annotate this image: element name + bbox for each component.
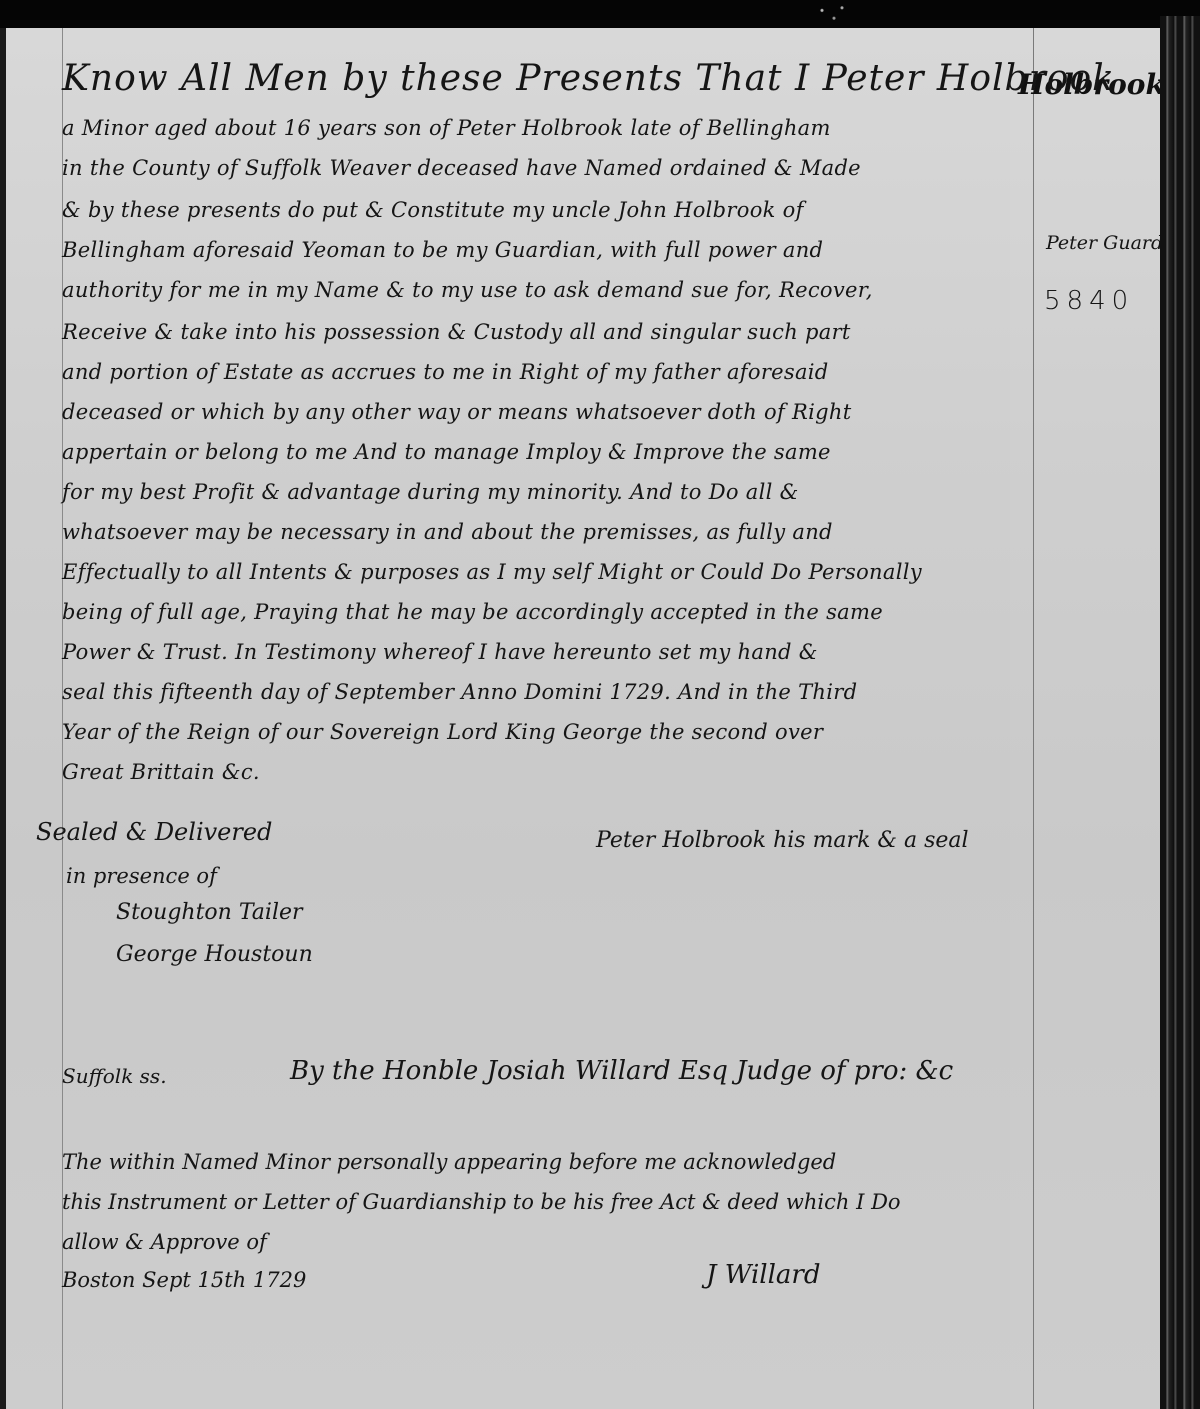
body-line: appertain or belong to me And to manage … [62,440,831,464]
probate-line: this Instrument or Letter of Guardianshi… [62,1190,901,1214]
body-line: Year of the Reign of our Sovereign Lord … [62,720,823,744]
body-line: Receive & take into his possession & Cus… [62,320,851,344]
body-line: & by these presents do put & Constitute … [62,198,804,222]
body-line: seal this fifteenth day of September Ann… [62,680,857,704]
grantor-signature: Peter Holbrook his mark & a seal [596,828,969,853]
body-line: and portion of Estate as accrues to me i… [62,360,829,384]
probate-line: The within Named Minor personally appear… [62,1150,836,1174]
place-date: Boston Sept 15th 1729 [62,1268,306,1292]
probate-heading: By the Honble Josiah Willard Esq Judge o… [290,1056,953,1086]
body-line: Know All Men by these Presents That I Pe… [62,58,1115,99]
body-line: Great Brittain &c. [62,760,260,784]
witness-1: Stoughton Tailer [116,900,303,925]
body-line: for my best Profit & advantage during my… [62,480,799,504]
scan-artifact [810,0,850,26]
body-line: Effectually to all Intents & purposes as… [62,560,922,584]
scan-top-border [0,0,1200,28]
margin-index-note: Peter Guard [1046,232,1163,254]
county-label: Suffolk ss. [62,1064,167,1088]
body-line: being of full age, Praying that he may b… [62,600,883,624]
sealed-delivered-label: Sealed & Delivered [36,818,272,846]
body-line: whatsoever may be necessary in and about… [62,520,833,544]
right-margin-rule [1033,28,1034,1409]
body-line: authority for me in my Name & to my use … [62,278,873,302]
document-page: Holbrook Peter Guard 5840 Know All Men b… [6,28,1166,1409]
body-line: deceased or which by any other way or me… [62,400,851,424]
body-line: in the County of Suffolk Weaver deceased… [62,156,861,180]
probate-line: allow & Approve of [62,1230,267,1254]
body-line: a Minor aged about 16 years son of Peter… [62,116,831,140]
presence-label: in presence of [66,864,217,888]
body-line: Power & Trust. In Testimony whereof I ha… [62,640,818,664]
record-number: 5840 [1044,286,1134,316]
witness-2: George Houstoun [116,942,313,967]
book-binding-edge [1160,16,1200,1409]
judge-signature: J Willard [706,1260,820,1290]
body-line: Bellingham aforesaid Yeoman to be my Gua… [62,238,823,262]
